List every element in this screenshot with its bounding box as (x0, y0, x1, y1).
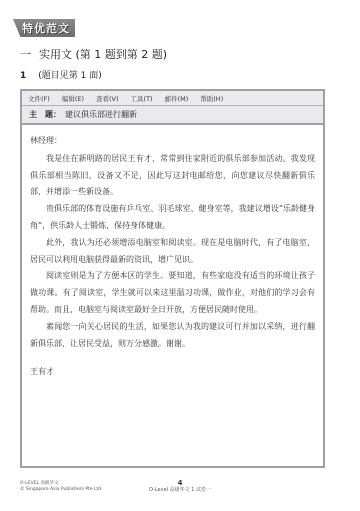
section-heading: 一实用文 (第 1 题到第 2 题) (20, 46, 167, 62)
question-number: 1 (20, 71, 26, 81)
footer-page-info: 4 O-Level 高级华文 1 试卷一 (130, 479, 230, 494)
menu-file[interactable]: 文件(F) (28, 94, 50, 103)
body-paragraph: 阅读室则是为了方便本区的学生。要知道，有些家庭没有适当的环境让孩子做功课。有了阅… (30, 268, 315, 318)
body-paragraph: 我是住在新明路的居民王有才，常常到住家附近的俱乐部参加活动。我发现俱乐部相当陈旧… (30, 151, 315, 201)
section-number: 一 (20, 48, 31, 61)
body-paragraph: 素闻您一向关心居民的生活，如果您认为我的建议可行并加以采纳，进行翻新俱乐部，让居… (30, 319, 315, 353)
paper-label: O-Level 高级华文 1 试卷一 (130, 487, 230, 494)
menu-edit[interactable]: 编辑(E) (62, 94, 84, 103)
subject-label: 主 题： (29, 109, 61, 120)
menu-tools[interactable]: 工具(T) (131, 94, 153, 103)
salutation: 林经理： (30, 133, 315, 150)
signature: 王有才 (30, 364, 315, 381)
subject-field[interactable]: 主 题： 建议俱乐部进行翻新 (22, 106, 323, 125)
body-paragraph: 此外，我认为还必须增添电脑室和阅读室。现在是电脑时代，有了电脑室，居民可以利用电… (30, 235, 315, 269)
banner-title: 特优范文 (22, 20, 70, 36)
menu-help[interactable]: 帮助(H) (200, 94, 223, 103)
email-body[interactable]: 林经理： 我是住在新明路的居民王有才，常常到住家附近的俱乐部参加活动。我发现俱乐… (22, 125, 323, 381)
email-window: 文件(F) 编辑(E) 查看(V) 工具(T) 邮件(M) 帮助(H) 主 题：… (20, 89, 325, 468)
menu-bar: 文件(F) 编辑(E) 查看(V) 工具(T) 邮件(M) 帮助(H) (22, 91, 323, 106)
question-note: (题目见第 1 面) (38, 71, 101, 81)
footer-publisher: O-LEVEL 高级华文 © Singapore Asia Publishers… (20, 481, 101, 493)
page-number: 4 (130, 479, 230, 487)
subject-value: 建议俱乐部进行翻新 (65, 109, 137, 120)
body-paragraph: 贵俱乐部的体育设施有乒乓室、羽毛球室、健身室等，我建议增设“乐龄健身角”，供乐龄… (30, 201, 315, 235)
menu-view[interactable]: 查看(V) (96, 94, 119, 103)
footer-copyright: © Singapore Asia Publishers Pte Ltd (20, 487, 101, 493)
section-title: 实用文 (第 1 题到第 2 题) (39, 48, 167, 61)
menu-mail[interactable]: 邮件(M) (165, 94, 189, 103)
question-line: 1(题目见第 1 面) (20, 68, 102, 81)
